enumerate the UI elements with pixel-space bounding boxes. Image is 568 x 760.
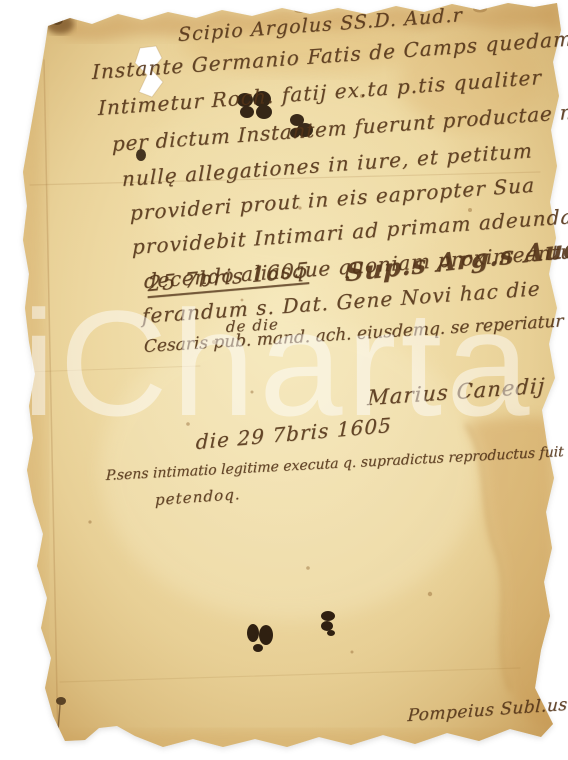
scan-background: Scipio Argolus SS.D. Aud.r Instante Germ… (0, 0, 568, 760)
